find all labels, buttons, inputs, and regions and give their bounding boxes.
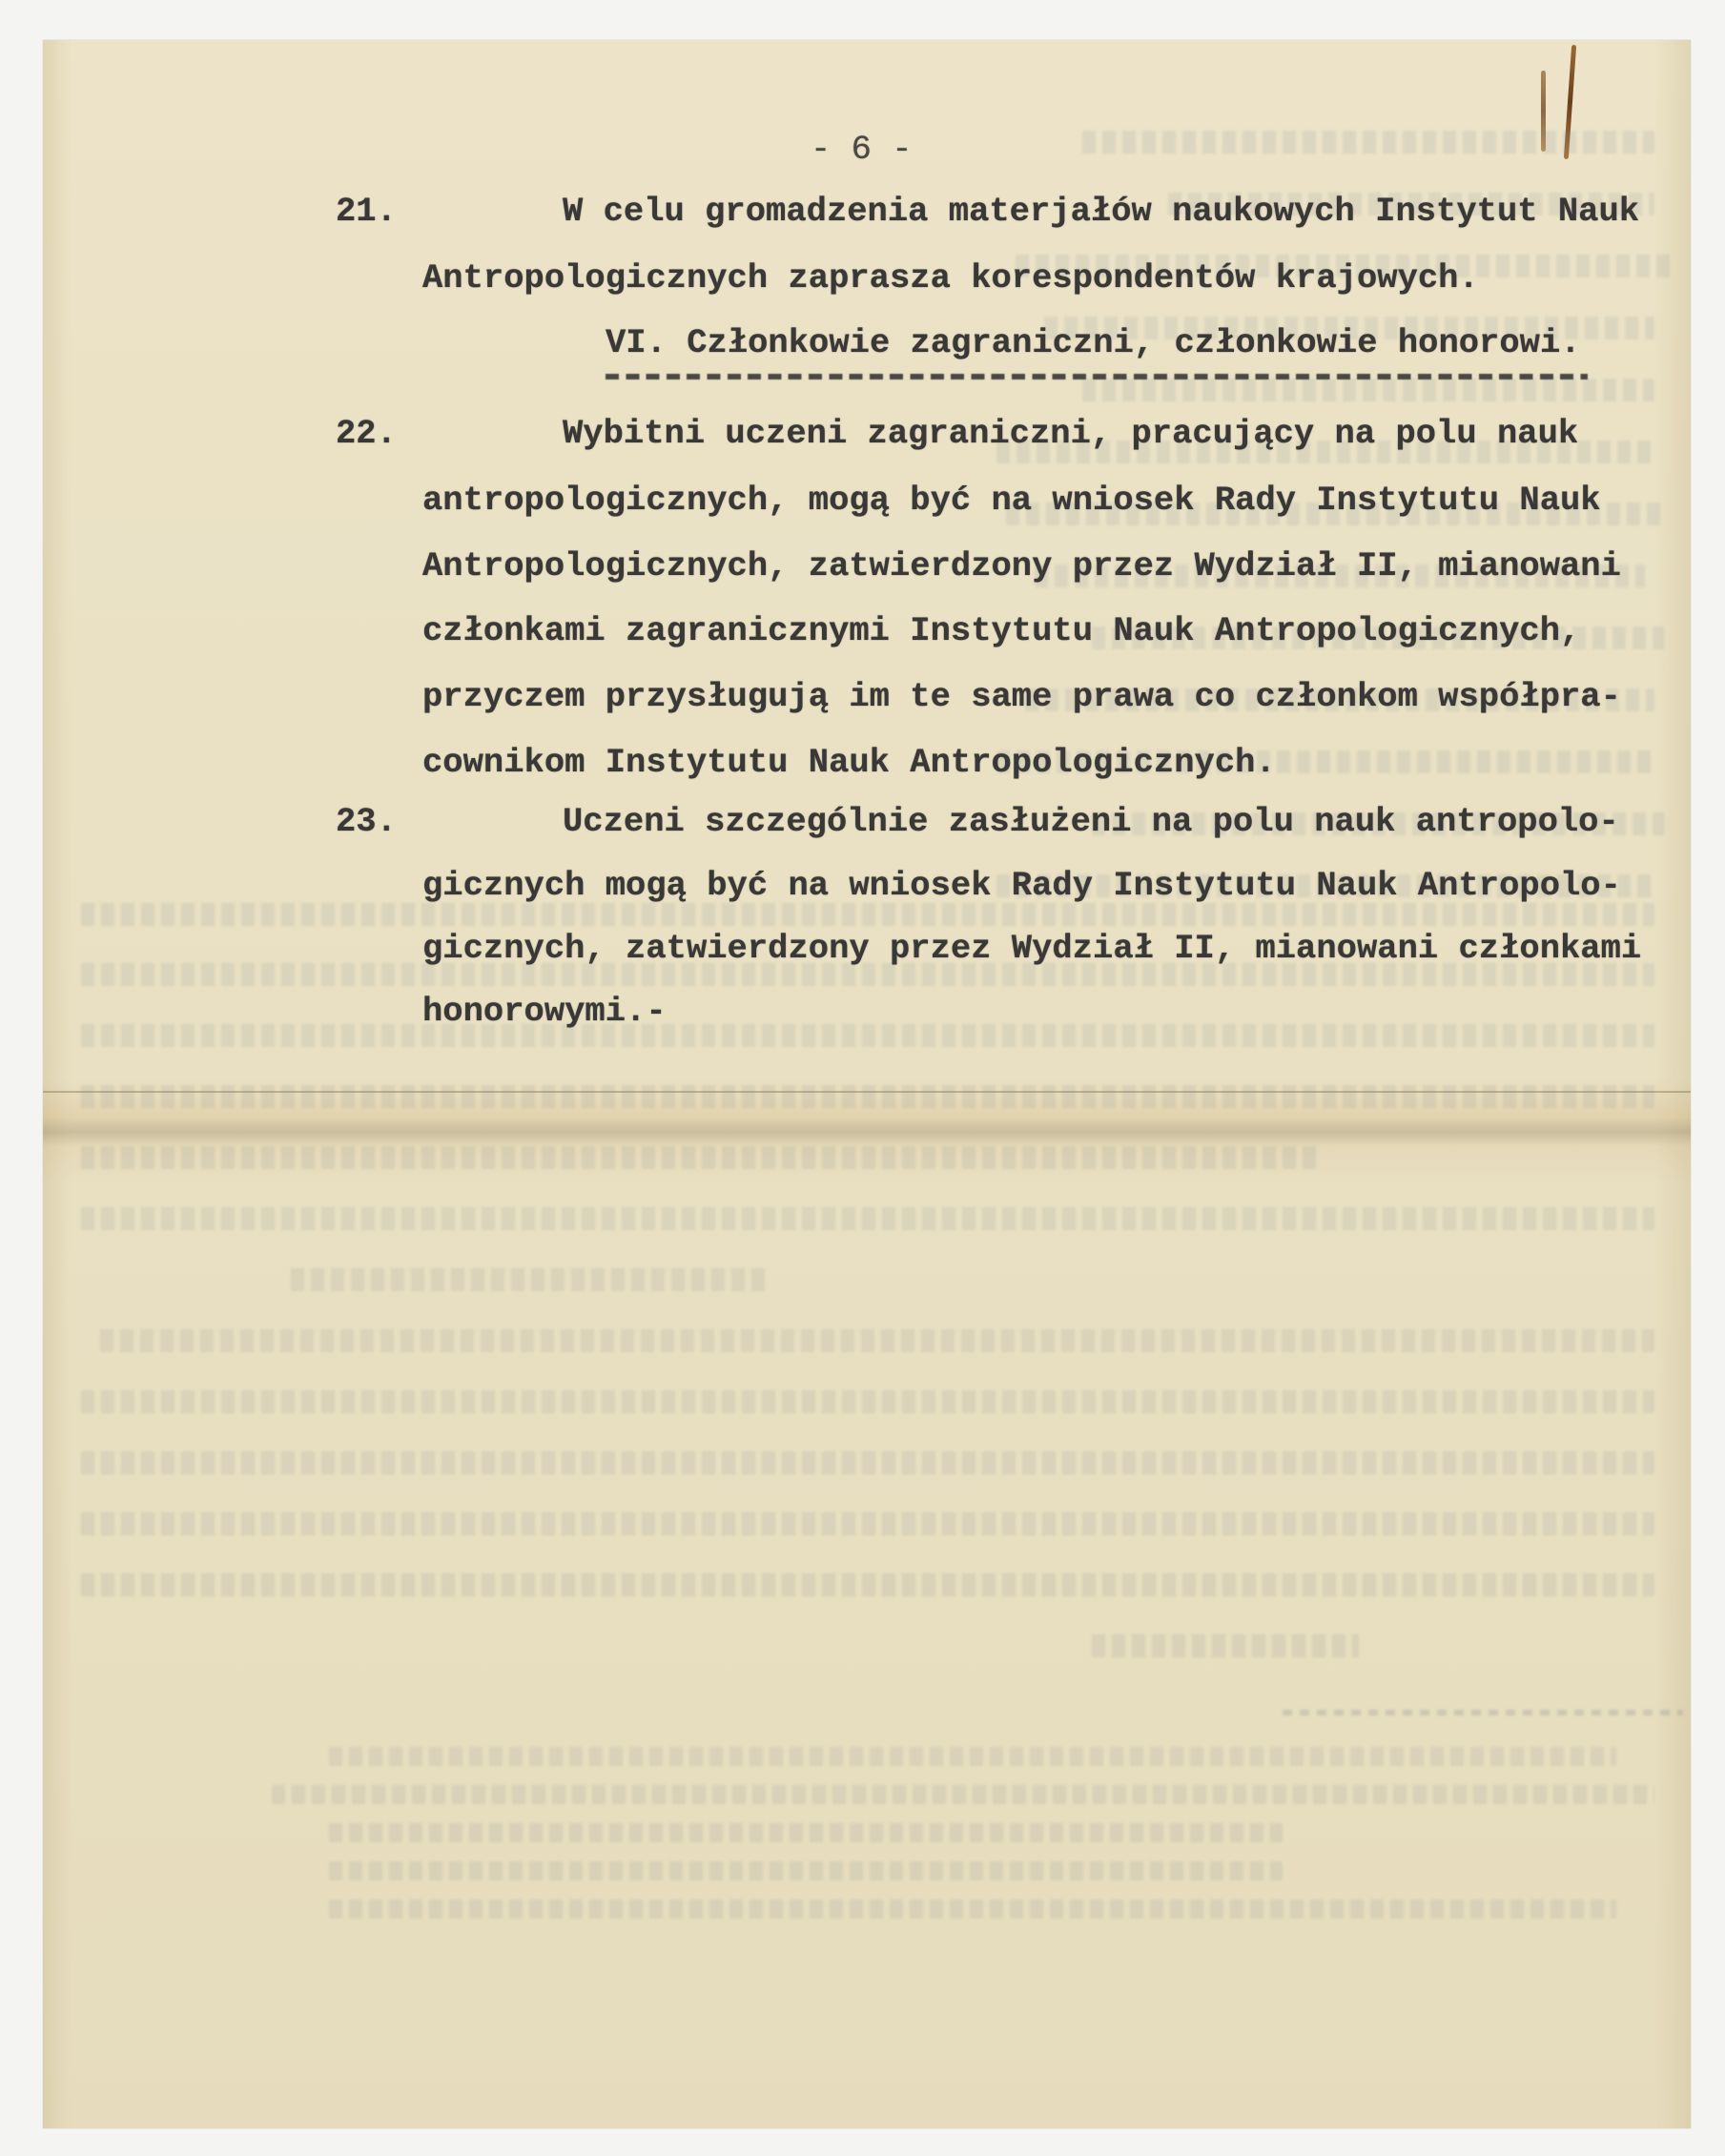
section-number-23: 23. — [336, 803, 397, 841]
section-23-line-2: gicznych mogą być na wniosek Rady Instyt… — [422, 867, 1621, 905]
section-22-line-1: Wybitni uczeni zagraniczni, pracujący na… — [563, 415, 1578, 453]
section-21-line-1: W celu gromadzenia materjałów naukowych … — [563, 193, 1639, 231]
section-22-line-6: cownikom Instytutu Nauk Antropologicznyc… — [422, 744, 1276, 782]
section-23-line-4: honorowymi.- — [422, 993, 667, 1031]
page-number: - 6 - — [811, 131, 913, 169]
section-21-line-2: Antropologicznych zaprasza korespondentó… — [422, 259, 1479, 298]
section-22-line-4: członkami zagranicznymi Instytutu Nauk A… — [422, 612, 1580, 650]
chapter-heading: VI. Członkowie zagraniczni, członkowie h… — [606, 324, 1581, 362]
section-22-line-2: antropologicznych, mogą być na wniosek R… — [422, 482, 1601, 520]
section-22-line-3: Antropologicznych, zatwierdzony przez Wy… — [422, 547, 1621, 585]
section-23-line-3: gicznych, zatwierdzony przez Wydział II,… — [422, 930, 1641, 968]
heading-underline — [606, 374, 1588, 380]
section-22-line-5: przyczem przysługują im te same prawa co… — [422, 678, 1621, 716]
section-number-21: 21. — [336, 193, 397, 231]
paper-sheet: - 6 - 21. W celu gromadzenia materjałów … — [43, 40, 1691, 2128]
section-23-line-1: Uczeni szczególnie zasłużeni na polu nau… — [563, 803, 1619, 841]
fold-crease — [43, 1091, 1691, 1093]
section-number-22: 22. — [336, 415, 397, 453]
